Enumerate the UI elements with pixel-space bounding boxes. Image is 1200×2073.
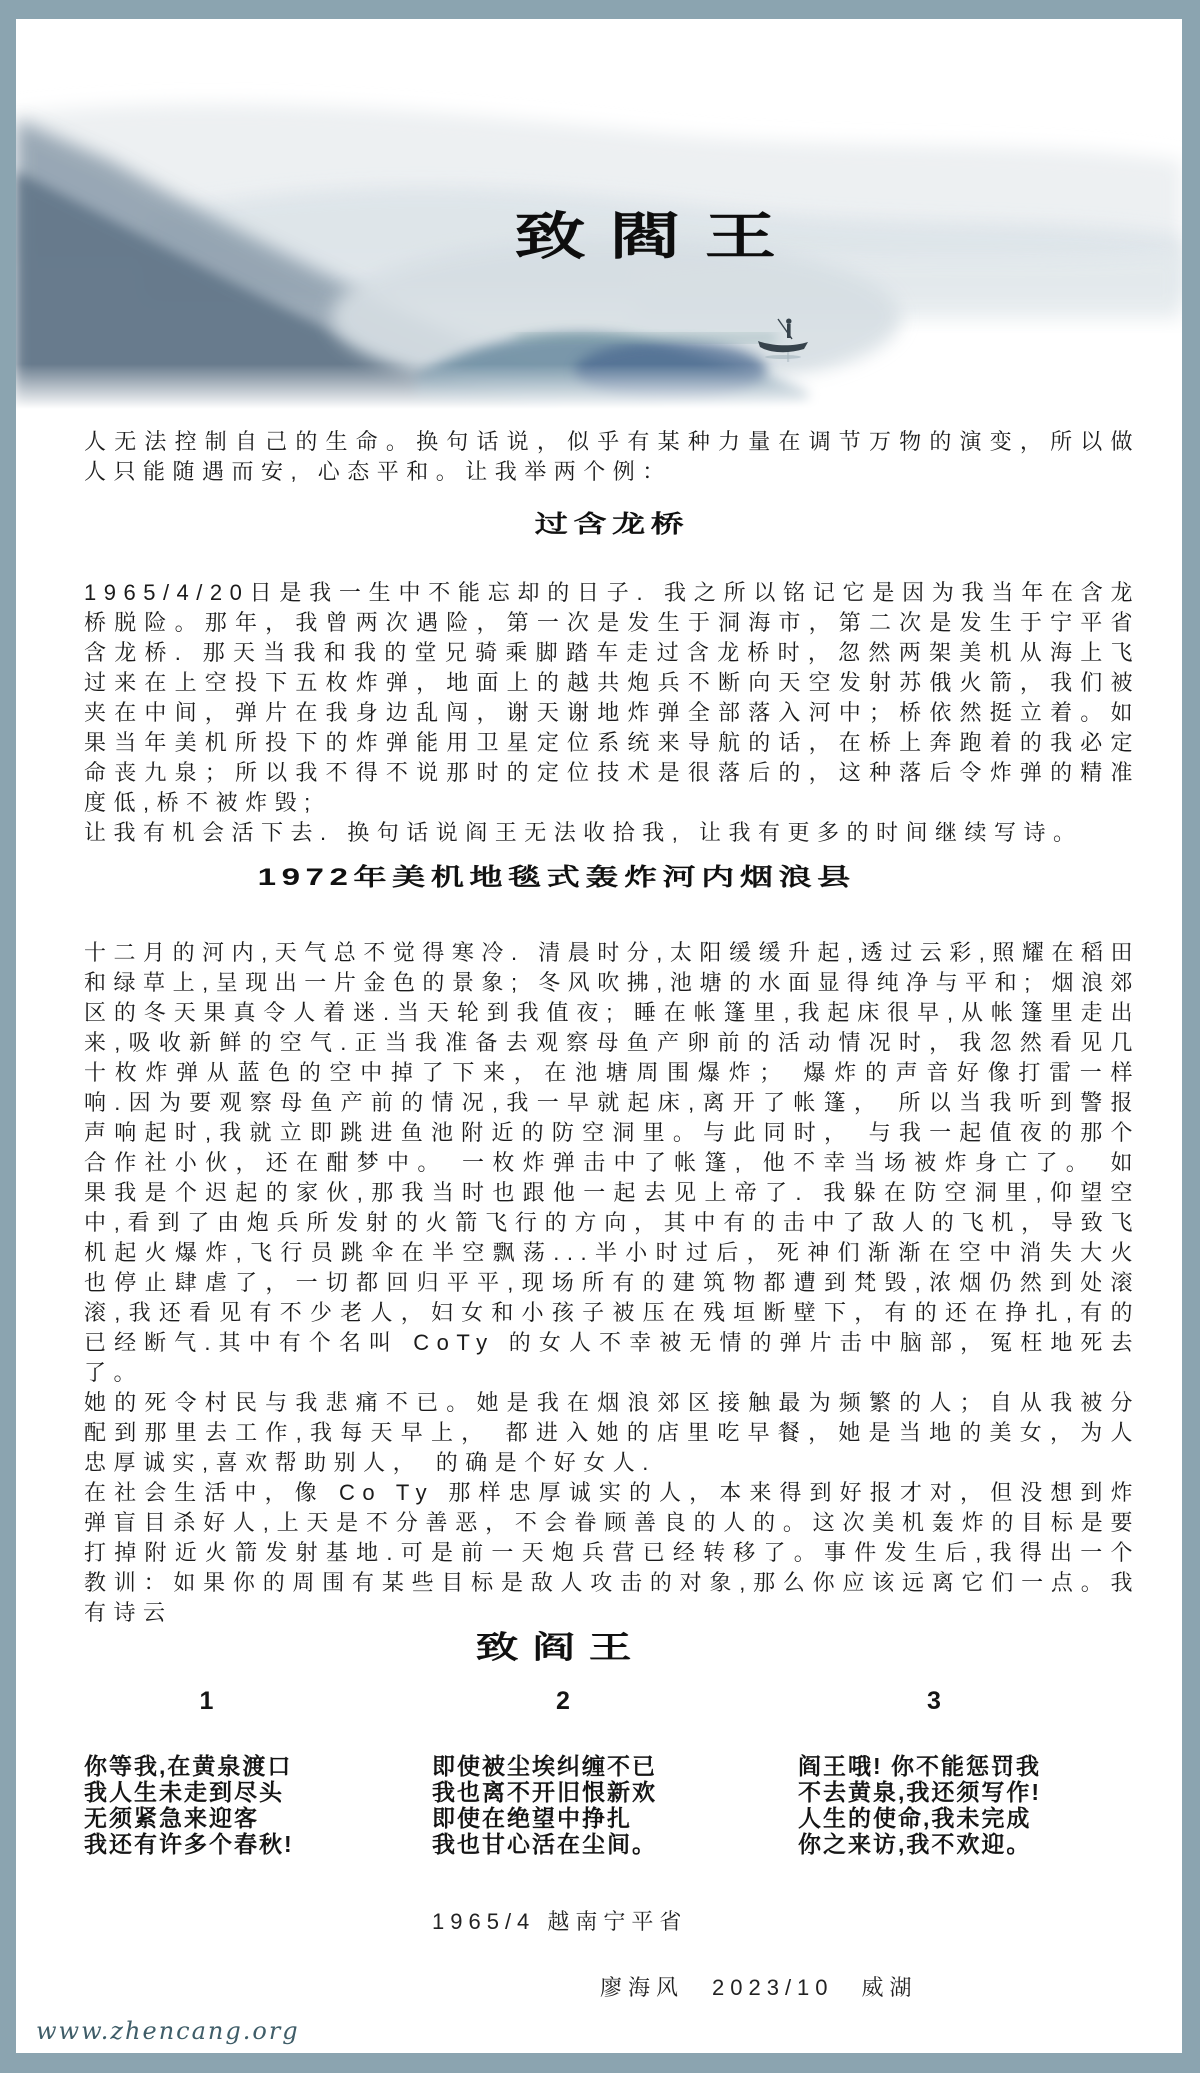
stanza-2-line: 我也离不开旧恨新欢	[432, 1779, 694, 1805]
stanza-2-line: 即使被尘埃纠缠不已	[432, 1753, 694, 1779]
section2-heading: 1972年美机地毯式轰炸河内烟浪县	[29, 858, 1085, 898]
stanza-1-line: 我人生未走到尽头	[84, 1779, 329, 1805]
section1-paragraph-2: 让我有机会活下去. 换句话说阎王无法收拾我, 让我有更多的时间继续写诗。	[84, 818, 1140, 848]
poem-title: 致阎王	[32, 1628, 1088, 1668]
author-signature: 廖海风 2023/10 威湖	[600, 1971, 1182, 2002]
poem-stanza-1: 1 你等我,在黄泉渡口 我人生未走到尽头 无须紧急来迎客 我还有许多个春秋!	[84, 1688, 329, 1857]
stanza-2-line: 我也甘心活在尘间。	[432, 1831, 694, 1857]
stanza-1-number: 1	[84, 1688, 329, 1714]
section2-paragraph-2: 她的死令村民与我悲痛不已。她是我在烟浪郊区接触最为频繁的人；自从我被分配到那里去…	[84, 1388, 1140, 1478]
page-title: 致閻王	[74, 195, 1182, 269]
poem-stanzas: 1 你等我,在黄泉渡口 我人生未走到尽头 无须紧急来迎客 我还有许多个春秋! 2…	[16, 1688, 1182, 1863]
header-illustration-area: 致閻王	[16, 19, 1182, 409]
poem-stanza-2: 2 即使被尘埃纠缠不已 我也离不开旧恨新欢 即使在绝望中挣扎 我也甘心活在尘间。	[432, 1688, 694, 1857]
stanza-3-line: 你之来访,我不欢迎。	[798, 1831, 1070, 1857]
stanza-3-line: 阎王哦! 你不能惩罚我	[798, 1753, 1070, 1779]
stanza-2-line: 即使在绝望中挣扎	[432, 1805, 694, 1831]
stanza-3-line: 不去黄泉,我还须写作!	[798, 1779, 1070, 1805]
poem-place-date: 1965/4 越南宁平省	[432, 1905, 1182, 1936]
stanza-1-line: 你等我,在黄泉渡口	[84, 1753, 329, 1779]
section2-paragraph-3: 在社会生活中，像 Co Ty 那样忠厚诚实的人，本来得到好报才对，但没想到炸弹盲…	[84, 1478, 1140, 1628]
stanza-1-line: 我还有许多个春秋!	[84, 1831, 329, 1857]
site-watermark: www.zhencang.org	[36, 2017, 300, 2045]
intro-paragraph: 人无法控制自己的生命。换句话说，似乎有某种力量在调节万物的演变，所以做人只能随遇…	[84, 427, 1140, 487]
water-band	[516, 334, 776, 342]
stanza-3-number: 3	[798, 1688, 1070, 1714]
section1-heading: 过含龙桥	[84, 505, 1140, 545]
section1-paragraph-1: 1965/4/20日是我一生中不能忘却的日子. 我之所以铭记它是因为我当年在含龙…	[84, 578, 1140, 818]
stanza-3-line: 人生的使命,我未完成	[798, 1805, 1070, 1831]
document-body: 人无法控制自己的生命。换句话说，似乎有某种力量在调节万物的演变，所以做人只能随遇…	[16, 409, 1182, 1668]
bottom-fade	[16, 364, 1182, 409]
section2-paragraph-1: 十二月的河内,天气总不觉得寒冷. 清晨时分,太阳缓缓升起,透过云彩,照耀在稻田和…	[84, 938, 1140, 1388]
stanza-2-number: 2	[432, 1688, 694, 1714]
stanza-1-line: 无须紧急来迎客	[84, 1805, 329, 1831]
poster-page: 致閻王 人无法控制自己的生命。换句话说，似乎有某种力量在调节万物的演变，所以做人…	[16, 19, 1182, 2053]
poem-stanza-3: 3 阎王哦! 你不能惩罚我 不去黄泉,我还须写作! 人生的使命,我未完成 你之来…	[798, 1688, 1070, 1857]
